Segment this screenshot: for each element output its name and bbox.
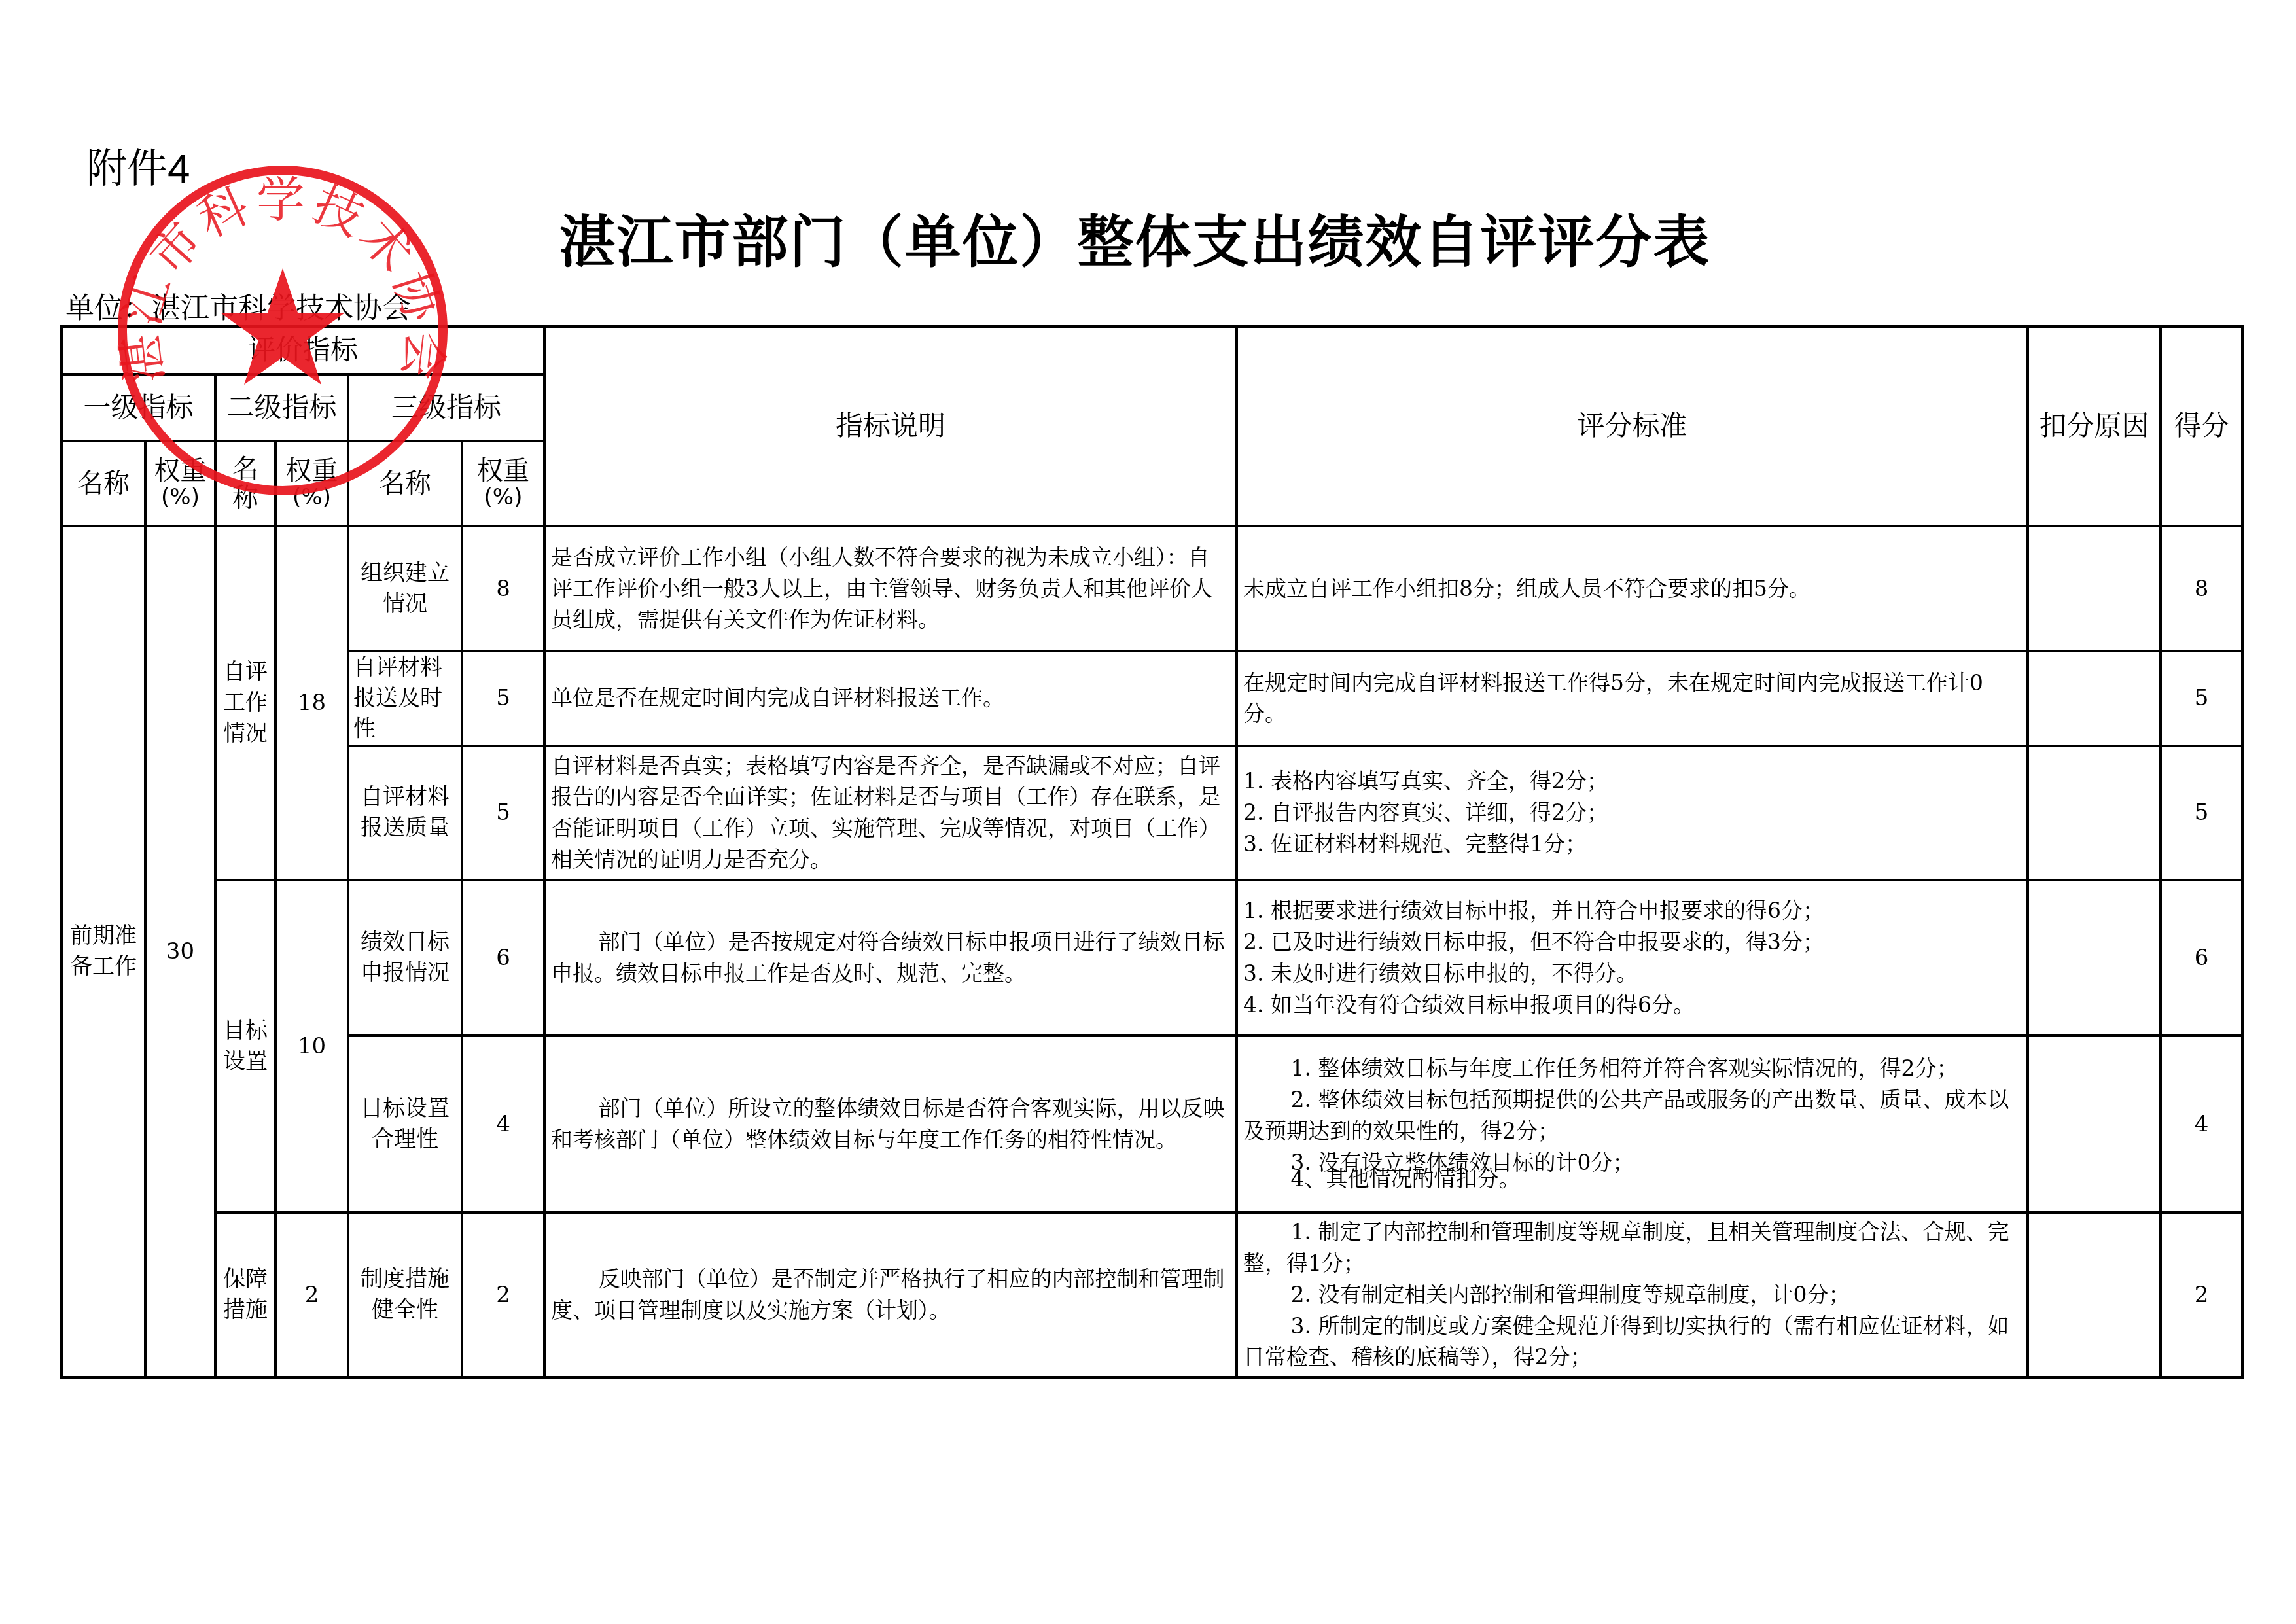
description-cell: 部门（单位）是否按规定对符合绩效目标申报项目进行了绩效目标申报。绩效目标申报工作… <box>544 880 1237 1036</box>
criteria-cell: 1. 制定了内部控制和管理制度等规章制度，且相关管理制度合法、合规、完整，得1分… <box>1237 1212 2028 1377</box>
unit-label: 单位： <box>65 292 152 325</box>
criteria-line: 在规定时间内完成自评材料报送工作得5分，未在规定时间内完成报送工作计0分。 <box>1243 667 2021 730</box>
level3-name-text: 组织建立情况 <box>357 558 453 620</box>
level2-name-text: 自评工作情况 <box>222 657 269 749</box>
criteria-line: 2. 已及时进行绩效目标申报，但不符合申报要求的，得3分； <box>1243 927 2021 958</box>
score-cell[interactable]: 5 <box>2161 746 2242 880</box>
level2-name: 目标设置 <box>215 880 275 1212</box>
percent-label: (%) <box>463 485 543 510</box>
description-cell: 是否成立评价工作小组（小组人数不符合要求的视为未成立小组）：自评工作评价小组一般… <box>544 526 1237 651</box>
page-title-text: 湛江市部门（单位）整体支出绩效自评评分表 <box>559 215 1711 271</box>
description-cell: 单位是否在规定时间内完成自评材料报送工作。 <box>544 651 1237 746</box>
criteria-line: 3. 所制定的制度或方案健全规范并得到切实执行的（需有相应佐证材料，如日常检查、… <box>1243 1311 2021 1373</box>
level3-name: 绩效目标申报情况 <box>348 880 462 1036</box>
header-level1-name: 名称 <box>62 441 145 526</box>
table-row: 自评材料报送质量 5 自评材料是否真实；表格填写内容是否齐全，是否缺漏或不对应；… <box>62 746 2242 880</box>
header-level2-weight: 权重(%) <box>275 441 348 526</box>
criteria-cell: 未成立自评工作小组扣8分；组成人员不符合要求的扣5分。 <box>1237 526 2028 651</box>
header-level3-weight: 权重(%) <box>462 441 544 526</box>
level3-weight: 2 <box>462 1212 544 1377</box>
level2-weight: 2 <box>275 1212 348 1377</box>
level3-name-text: 制度措施健全性 <box>357 1264 453 1326</box>
criteria-line: 1. 表格内容填写真实、齐全，得2分； <box>1243 766 2021 797</box>
score-cell[interactable]: 4 <box>2161 1036 2242 1212</box>
header-score: 得分 <box>2161 327 2242 526</box>
description-cell: 部门（单位）所设立的整体绩效目标是否符合客观实际，用以反映和考核部门（单位）整体… <box>544 1036 1237 1212</box>
criteria-line: 1. 根据要求进行绩效目标申报，并且符合申报要求的得6分； <box>1243 895 2021 927</box>
level3-name-text: 自评材料报送质量 <box>357 782 453 843</box>
level3-name: 自评材料报送质量 <box>348 746 462 880</box>
level3-name-text: 自评材料报送及时性 <box>353 652 451 745</box>
header-level3: 三级指标 <box>348 374 544 441</box>
level1-weight: 30 <box>145 526 215 1377</box>
criteria-line: 1. 制定了内部控制和管理制度等规章制度，且相关管理制度合法、合规、完整，得1分… <box>1243 1216 2021 1279</box>
level3-weight: 5 <box>462 651 544 746</box>
header-evaluation-indicators: 评价指标 <box>62 327 544 374</box>
level2-weight: 18 <box>275 526 348 880</box>
deduction-reason-cell[interactable] <box>2028 746 2161 880</box>
level3-weight: 8 <box>462 526 544 651</box>
header-level2-name: 名称 <box>215 441 275 526</box>
level2-name-text: 目标设置 <box>222 1015 269 1077</box>
deduction-reason-cell[interactable] <box>2028 1036 2161 1212</box>
weight-label: 权重 <box>463 457 543 485</box>
header-level2: 二级指标 <box>215 374 348 441</box>
level3-name: 组织建立情况 <box>348 526 462 651</box>
criteria-line: 4. 如当年没有符合绩效目标申报项目的得6分。 <box>1243 989 2021 1021</box>
criteria-cell: 1. 表格内容填写真实、齐全，得2分； 2. 自评报告内容真实、详细，得2分； … <box>1237 746 2028 880</box>
header-level1-weight: 权重(%) <box>145 441 215 526</box>
header-description: 指标说明 <box>544 327 1237 526</box>
attachment-label: 附件4 <box>86 149 190 190</box>
level3-weight: 5 <box>462 746 544 880</box>
score-cell[interactable]: 8 <box>2161 526 2242 651</box>
weight-label: 权重 <box>277 457 347 485</box>
description-cell: 反映部门（单位）是否制定并严格执行了相应的内部控制和管理制度、项目管理制度以及实… <box>544 1212 1237 1377</box>
criteria-line: 2. 整体绩效目标包括预期提供的公共产品或服务的产出数量、质量、成本以及预期达到… <box>1243 1084 2021 1147</box>
description-cell: 自评材料是否真实；表格填写内容是否齐全，是否缺漏或不对应；自评报告的内容是否全面… <box>544 746 1237 880</box>
score-cell[interactable]: 2 <box>2161 1212 2242 1377</box>
level3-weight: 6 <box>462 880 544 1036</box>
deduction-reason-cell[interactable] <box>2028 526 2161 651</box>
level2-weight: 10 <box>275 880 348 1212</box>
criteria-cell: 1. 整体绩效目标与年度工作任务相符并符合客观实际情况的，得2分； 2. 整体绩… <box>1237 1036 2028 1212</box>
level2-name: 自评工作情况 <box>215 526 275 880</box>
criteria-line: 3. 未及时进行绩效目标申报的，不得分。 <box>1243 958 2021 989</box>
header-criteria: 评分标准 <box>1237 327 2028 526</box>
deduction-reason-cell[interactable] <box>2028 651 2161 746</box>
level3-name: 自评材料报送及时性 <box>348 651 462 746</box>
page-title: 湛江市部门（单位）整体支出绩效自评评分表 <box>0 215 2296 271</box>
name-char-1: 名 <box>217 455 274 484</box>
criteria-line: 3. 佐证材料材料规范、完整得1分； <box>1243 828 2021 860</box>
percent-label: (%) <box>277 485 347 510</box>
header-level3-name: 名称 <box>348 441 462 526</box>
table-row: 前期准备工作 30 自评工作情况 18 组织建立情况 8 是否成立评价工作小组（… <box>62 526 2242 651</box>
level3-name-text: 绩效目标申报情况 <box>357 927 453 989</box>
header-deduction-reason: 扣分原因 <box>2028 327 2161 526</box>
weight-label: 权重 <box>147 457 214 485</box>
unit-name: 湛江市科学技术协会 <box>152 292 411 325</box>
level3-name-text: 目标设置合理性 <box>357 1093 453 1155</box>
criteria-cell: 在规定时间内完成自评材料报送工作得5分，未在规定时间内完成报送工作计0分。 <box>1237 651 2028 746</box>
percent-label: (%) <box>147 485 214 510</box>
header-level1: 一级指标 <box>62 374 215 441</box>
level2-name-text: 保障措施 <box>222 1264 269 1326</box>
score-cell[interactable]: 6 <box>2161 880 2242 1036</box>
level2-name: 保障措施 <box>215 1212 275 1377</box>
table-row: 目标设置合理性 4 部门（单位）所设立的整体绩效目标是否符合客观实际，用以反映和… <box>62 1036 2242 1212</box>
level3-name: 制度措施健全性 <box>348 1212 462 1377</box>
criteria-line: 1. 整体绩效目标与年度工作任务相符并符合客观实际情况的，得2分； <box>1243 1053 2021 1084</box>
criteria-line: 未成立自评工作小组扣8分；组成人员不符合要求的扣5分。 <box>1243 573 2021 605</box>
score-cell[interactable]: 5 <box>2161 651 2242 746</box>
criteria-line: 2. 没有制定相关内部控制和管理制度等规章制度，计0分； <box>1243 1279 2021 1311</box>
criteria-cell: 1. 根据要求进行绩效目标申报，并且符合申报要求的得6分； 2. 已及时进行绩效… <box>1237 880 2028 1036</box>
criteria-line: 2. 自评报告内容真实、详细，得2分； <box>1243 797 2021 828</box>
table-row: 自评材料报送及时性 5 单位是否在规定时间内完成自评材料报送工作。 在规定时间内… <box>62 651 2242 746</box>
unit-line: 单位：湛江市科学技术协会 <box>65 294 411 323</box>
name-char-2: 称 <box>217 484 274 512</box>
level3-name: 目标设置合理性 <box>348 1036 462 1212</box>
level1-name-text: 前期准备工作 <box>67 921 139 982</box>
deduction-reason-cell[interactable] <box>2028 1212 2161 1377</box>
performance-table: 评价指标 指标说明 评分标准 扣分原因 得分 一级指标 二级指标 三级指标 名称… <box>60 325 2244 1379</box>
deduction-reason-cell[interactable] <box>2028 880 2161 1036</box>
level3-weight: 4 <box>462 1036 544 1212</box>
table-row: 保障措施 2 制度措施健全性 2 反映部门（单位）是否制定并严格执行了相应的内部… <box>62 1212 2242 1377</box>
level1-name: 前期准备工作 <box>62 526 145 1377</box>
table-row: 目标设置 10 绩效目标申报情况 6 部门（单位）是否按规定对符合绩效目标申报项… <box>62 880 2242 1036</box>
